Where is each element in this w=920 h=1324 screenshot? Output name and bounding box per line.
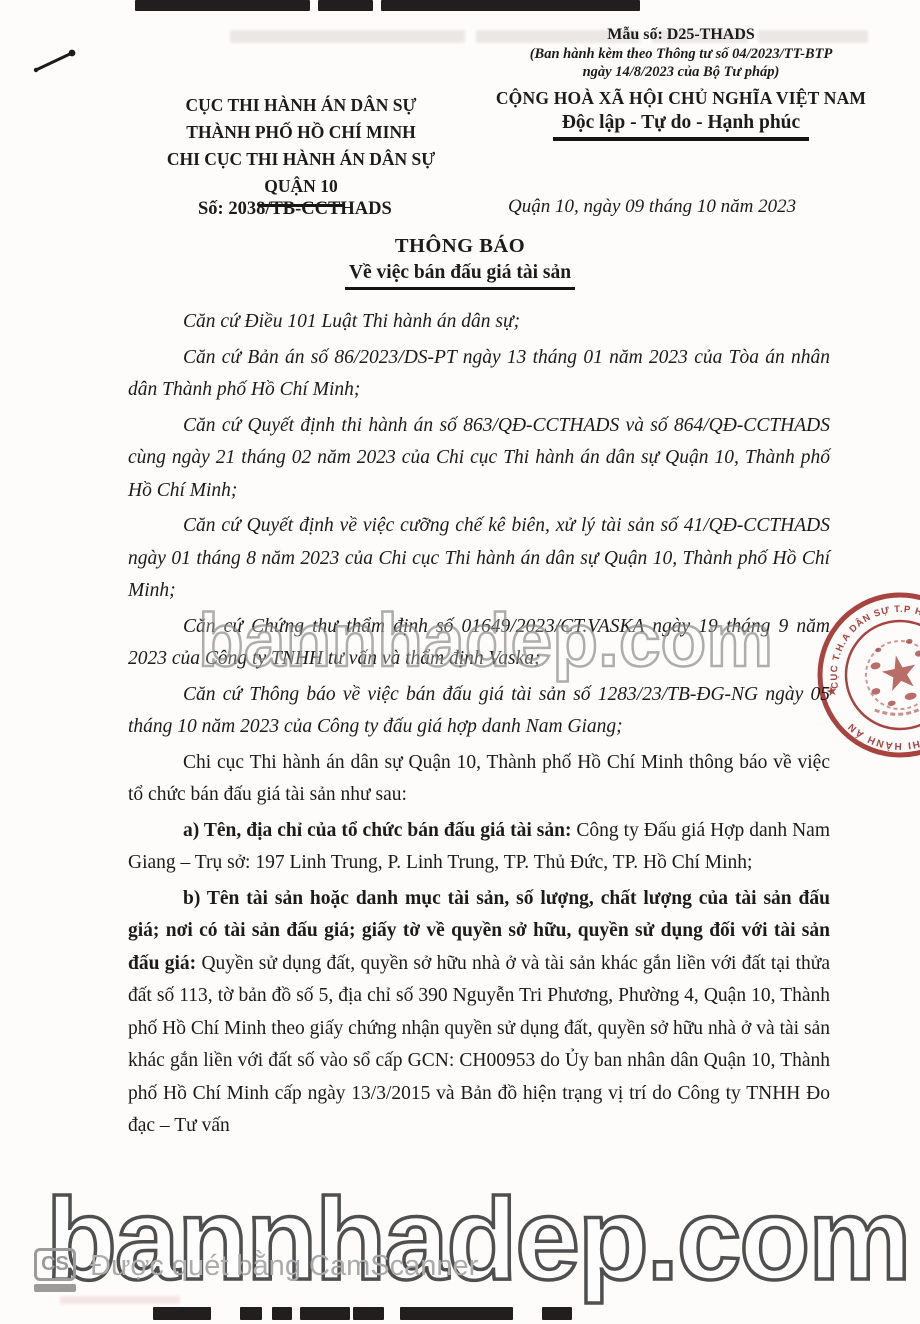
place-and-date: Quận 10, ngày 09 tháng 10 năm 2023 — [508, 196, 796, 218]
scan-artifact-bar — [542, 1307, 572, 1320]
document-body: Căn cứ Điều 101 Luật Thi hành án dân sự;… — [128, 306, 830, 1146]
document-title: THÔNG BÁO — [0, 235, 920, 258]
scanned-document-page: Mẫu số: D25-THADS (Ban hành kèm theo Thô… — [0, 0, 920, 1324]
camscanner-icon: CS — [34, 1248, 76, 1292]
camscanner-icon-label: CS — [34, 1248, 76, 1281]
form-note-line2: ngày 14/8/2023 của Bộ Tư pháp) — [450, 62, 912, 82]
document-subtitle-wrap: Về việc bán đấu giá tài sản — [0, 261, 920, 290]
bleed-through-streak — [60, 1296, 180, 1304]
paragraph-announcement: Chi cục Thi hành án dân sự Quận 10, Thàn… — [128, 747, 830, 812]
document-number: Số: 2038/TB-CCTHADS — [198, 199, 392, 220]
paragraph-item-a-lead: a) Tên, địa chỉ của tổ chức bán đấu giá … — [183, 820, 571, 841]
scan-artifact-bar — [353, 1307, 384, 1320]
paragraph-item-b: b) Tên tài sản hoặc danh mục tài sản, số… — [128, 883, 830, 1143]
agency-line-3: CHI CỤC THI HÀNH ÁN DÂN SỰ — [120, 146, 482, 173]
national-name: CỘNG HOÀ XÃ HỘI CHỦ NGHĨA VIỆT NAM — [450, 88, 912, 109]
paragraph-legal-basis: Căn cứ Thông báo về việc bán đấu giá tài… — [128, 679, 830, 744]
scan-artifact-bar — [400, 1307, 513, 1320]
camscanner-footer: CS Được quét bằng CamScanner — [34, 1248, 478, 1292]
form-note-line1: (Ban hành kèm theo Thông tư số 04/2023/T… — [450, 44, 912, 64]
paragraph-legal-basis: Căn cứ Quyết định thi hành án số 863/QĐ-… — [128, 410, 830, 508]
bleed-through-streak — [230, 30, 465, 43]
scan-artifact-bar — [135, 0, 310, 11]
official-seal-stamp: CỤC T.H.A DÂN SỰ T.P HỒ CHÍ MINH CHI CỤC… — [810, 558, 920, 800]
national-motto: Độc lập - Tự do - Hạnh phúc — [450, 112, 912, 134]
issuing-agency-header: CỤC THI HÀNH ÁN DÂN SỰ THÀNH PHỐ HỒ CHÍ … — [120, 92, 482, 207]
scan-artifact-bar — [240, 1307, 262, 1320]
paragraph-item-b-text: Quyền sử dụng đất, quyền sở hữu nhà ở và… — [128, 953, 830, 1137]
document-subtitle: Về việc bán đấu giá tài sản — [345, 261, 575, 290]
scan-artifact-bar — [300, 1307, 350, 1320]
camscanner-note: Được quét bằng CamScanner — [90, 1250, 478, 1283]
scan-artifact-bar — [381, 0, 640, 11]
paragraph-legal-basis: Căn cứ Điều 101 Luật Thi hành án dân sự; — [128, 306, 830, 339]
seal-national-emblem — [862, 636, 920, 710]
agency-line-2: THÀNH PHỐ HỒ CHÍ MINH — [120, 119, 482, 146]
paragraph-item-a: a) Tên, địa chỉ của tổ chức bán đấu giá … — [128, 815, 830, 880]
form-number: Mẫu số: D25-THADS — [450, 26, 912, 44]
agency-line-1: CỤC THI HÀNH ÁN DÂN SỰ — [120, 92, 482, 119]
scan-artifact-bar — [272, 1307, 292, 1320]
scan-artifact-bar — [153, 1307, 211, 1320]
paragraph-legal-basis: Căn cứ Quyết định về việc cưỡng chế kê b… — [128, 510, 830, 608]
pen-mark — [30, 42, 82, 78]
national-header: Mẫu số: D25-THADS (Ban hành kèm theo Thô… — [450, 26, 912, 141]
camscanner-icon-base — [34, 1284, 76, 1292]
motto-underline — [553, 137, 809, 141]
scan-artifact-bar — [318, 0, 373, 11]
paragraph-legal-basis: Căn cứ Chứng thư thẩm định số 01649/2023… — [128, 611, 830, 676]
paragraph-legal-basis: Căn cứ Bản án số 86/2023/DS-PT ngày 13 t… — [128, 342, 830, 407]
